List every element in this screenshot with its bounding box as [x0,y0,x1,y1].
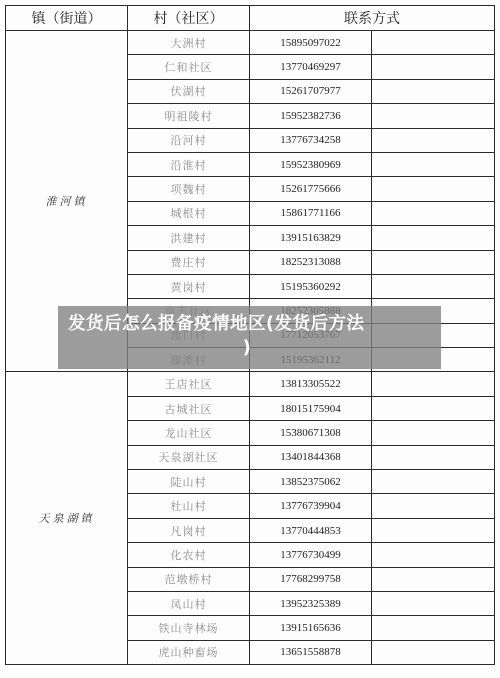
empty-cell [372,470,495,494]
phone-cell: 13651558878 [250,640,372,664]
table-row: 天泉湖镇王店社区13813305522 [6,372,495,396]
phone-cell: 18015175904 [250,396,372,420]
empty-cell [372,226,495,250]
title-overlay-banner: 发货后怎么报备疫情地区(发货后方法 ) [58,306,441,369]
phone-cell: 13915165636 [250,616,372,640]
empty-cell [372,616,495,640]
village-cell: 古城社区 [128,396,250,420]
empty-cell [372,104,495,128]
village-cell: 沿淮村 [128,152,250,176]
phone-cell: 13776734258 [250,128,372,152]
empty-cell [372,274,495,298]
phone-cell: 15895097022 [250,31,372,55]
phone-cell: 13770469297 [250,55,372,79]
phone-cell: 17768299758 [250,567,372,591]
table-header-row: 镇（街道） 村（社区） 联系方式 [6,6,495,31]
phone-cell: 15380671308 [250,421,372,445]
empty-cell [372,591,495,615]
phone-cell: 15261775666 [250,177,372,201]
header-town: 镇（街道） [6,6,128,31]
village-cell: 杜山村 [128,494,250,518]
table-row: 淮河镇大洲村15895097022 [6,31,495,55]
phone-cell: 13915163829 [250,226,372,250]
empty-cell [372,567,495,591]
header-contact: 联系方式 [250,6,495,31]
phone-cell: 15952380969 [250,152,372,176]
phone-cell: 13401844368 [250,445,372,469]
overlay-title: 发货后怎么报备疫情地区(发货后方法 ) [68,312,438,360]
village-cell: 项魏村 [128,177,250,201]
phone-cell: 18252313088 [250,250,372,274]
empty-cell [372,494,495,518]
phone-cell: 13770444853 [250,518,372,542]
empty-cell [372,128,495,152]
village-cell: 陡山村 [128,470,250,494]
village-cell: 费庄村 [128,250,250,274]
village-cell: 伏湖村 [128,79,250,103]
village-cell: 凤山村 [128,591,250,615]
empty-cell [372,55,495,79]
empty-cell [372,518,495,542]
village-cell: 城根村 [128,201,250,225]
phone-cell: 15195360292 [250,274,372,298]
empty-cell [372,31,495,55]
village-cell: 龙山社区 [128,421,250,445]
empty-cell [372,201,495,225]
empty-cell [372,152,495,176]
village-cell: 仁和社区 [128,55,250,79]
empty-cell [372,445,495,469]
empty-cell [372,396,495,420]
overlay-title-line1: 发货后怎么报备疫情地区(发货后方法 [68,314,365,334]
phone-cell: 13776730499 [250,543,372,567]
empty-cell [372,421,495,445]
empty-cell [372,177,495,201]
empty-cell [372,543,495,567]
empty-cell [372,640,495,664]
village-cell: 铁山寺林场 [128,616,250,640]
empty-cell [372,372,495,396]
village-cell: 明祖陵村 [128,104,250,128]
document-page: 镇（街道） 村（社区） 联系方式 淮河镇大洲村15895097022仁和社区13… [0,0,500,678]
village-cell: 洪建村 [128,226,250,250]
header-village: 村（社区） [128,6,250,31]
phone-cell: 15861771166 [250,201,372,225]
empty-cell [372,79,495,103]
phone-cell: 13952325389 [250,591,372,615]
village-cell: 天泉湖社区 [128,445,250,469]
village-cell: 大洲村 [128,31,250,55]
village-cell: 化农村 [128,543,250,567]
village-cell: 沿河村 [128,128,250,152]
village-cell: 凡岗村 [128,518,250,542]
village-cell: 黄岗村 [128,274,250,298]
phone-cell: 13813305522 [250,372,372,396]
phone-cell: 13776739904 [250,494,372,518]
village-cell: 范墩桥村 [128,567,250,591]
empty-cell [372,250,495,274]
town-cell: 天泉湖镇 [6,372,128,665]
village-cell: 王店社区 [128,372,250,396]
phone-cell: 15952382736 [250,104,372,128]
overlay-title-line2: ) [62,336,432,360]
phone-cell: 13852375062 [250,470,372,494]
phone-cell: 15261707977 [250,79,372,103]
village-cell: 虎山种畜场 [128,640,250,664]
